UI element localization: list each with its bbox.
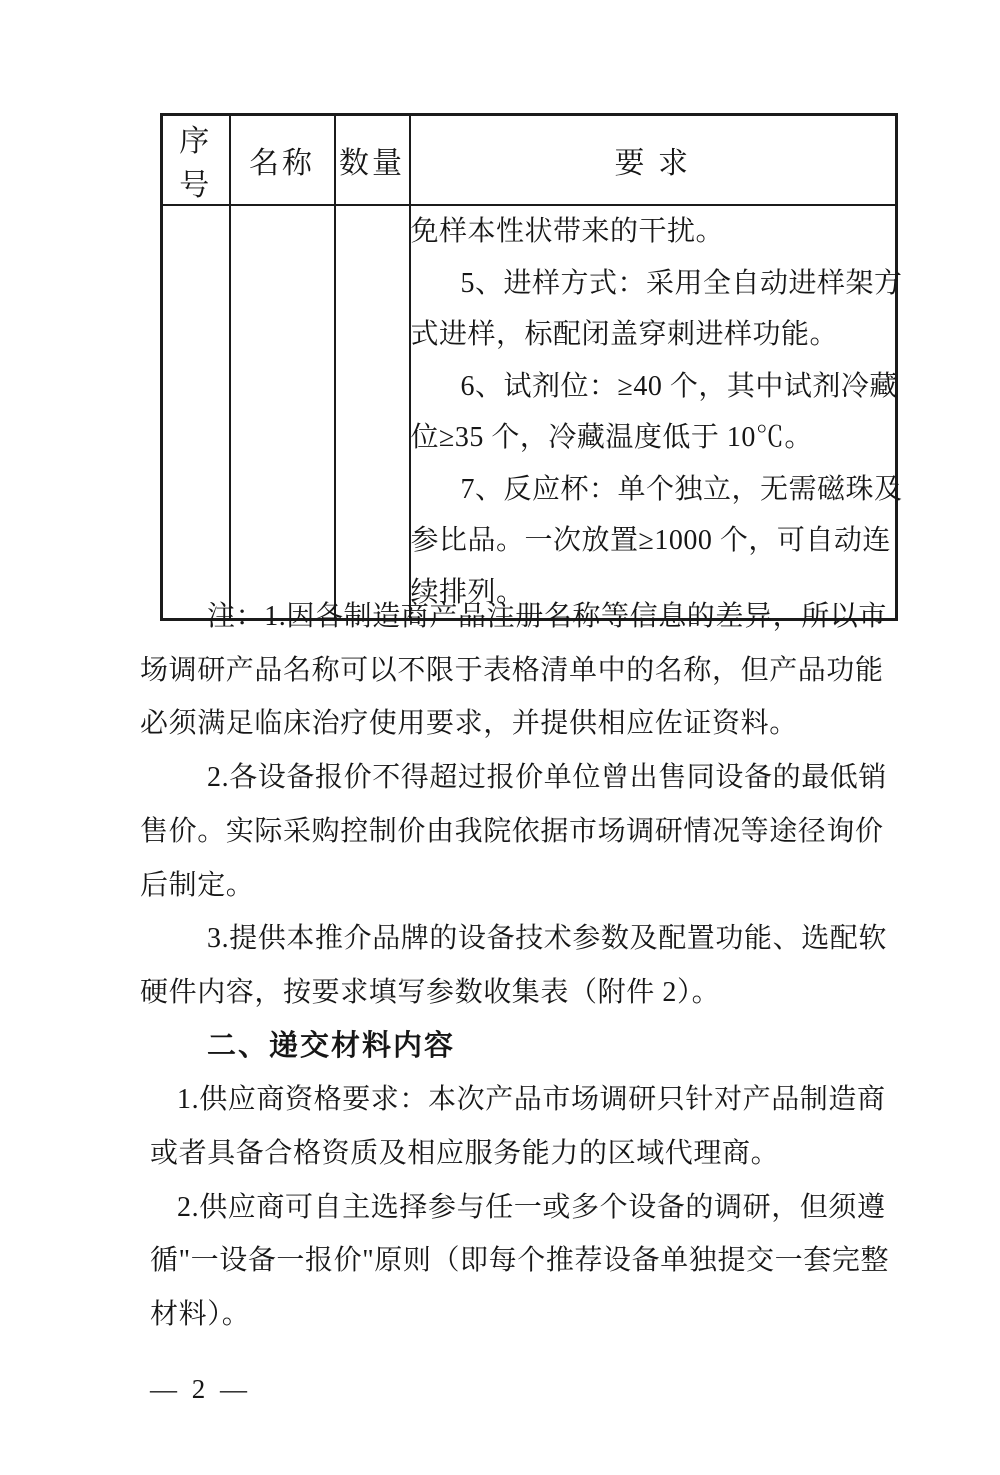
document-page: 序号 名称 数量 要 求 免样本性状带来的干扰。 5、进样方式：采用全自动进样架… xyxy=(0,0,1000,1475)
header-requirements: 要 求 xyxy=(410,115,897,206)
table-body-row: 免样本性状带来的干扰。 5、进样方式：采用全自动进样架方 式进样，标配闭盖穿刺进… xyxy=(162,205,897,620)
requirement-line: 位≥35 个，冷藏温度低于 10℃。 xyxy=(411,412,896,464)
header-quantity: 数量 xyxy=(335,115,410,206)
cell-requirements: 免样本性状带来的干扰。 5、进样方式：采用全自动进样架方 式进样，标配闭盖穿刺进… xyxy=(410,205,897,620)
header-name: 名称 xyxy=(230,115,335,206)
cell-serial-number xyxy=(162,205,230,620)
spec-table: 序号 名称 数量 要 求 免样本性状带来的干扰。 5、进样方式：采用全自动进样架… xyxy=(160,113,898,621)
paragraph-line: 或者具备合格资质及相应服务能力的区域代理商。 xyxy=(0,1127,1000,1181)
requirement-line: 式进样，标配闭盖穿刺进样功能。 xyxy=(411,309,896,361)
requirement-line: 5、进样方式：采用全自动进样架方 xyxy=(411,258,896,310)
section-heading: 二、递交材料内容 xyxy=(0,1020,1000,1074)
requirement-line: 免样本性状带来的干扰。 xyxy=(411,206,896,258)
paragraph-line: 2.供应商可自主选择参与任一或多个设备的调研，但须遵 xyxy=(0,1181,1000,1235)
paragraph-line: 1.供应商资格要求：本次产品市场调研只针对产品制造商 xyxy=(0,1073,1000,1127)
body-text: 注：1.因各制造商产品注册名称等信息的差异，所以市 场调研产品名称可以不限于表格… xyxy=(0,590,1000,1342)
header-serial-number: 序号 xyxy=(162,115,230,206)
note-line: 硬件内容，按要求填写参数收集表（附件 2）。 xyxy=(0,966,1000,1020)
paragraph-line: 材料）。 xyxy=(0,1288,1000,1342)
table-header-row: 序号 名称 数量 要 求 xyxy=(162,115,897,206)
requirement-line: 参比品。一次放置≥1000 个，可自动连 xyxy=(411,515,896,567)
note-line: 场调研产品名称可以不限于表格清单中的名称，但产品功能 xyxy=(0,644,1000,698)
page-number: — 2 — xyxy=(150,1374,251,1405)
note-line: 注：1.因各制造商产品注册名称等信息的差异，所以市 xyxy=(0,590,1000,644)
paragraph-line: 循"一设备一报价"原则（即每个推荐设备单独提交一套完整 xyxy=(0,1234,1000,1288)
cell-quantity xyxy=(335,205,410,620)
note-line: 售价。实际采购控制价由我院依据市场调研情况等途径询价 xyxy=(0,805,1000,859)
requirement-line: 7、反应杯：单个独立，无需磁珠及 xyxy=(411,464,896,516)
cell-name xyxy=(230,205,335,620)
note-line: 2.各设备报价不得超过报价单位曾出售同设备的最低销 xyxy=(0,751,1000,805)
note-line: 后制定。 xyxy=(0,859,1000,913)
note-line: 必须满足临床治疗使用要求，并提供相应佐证资料。 xyxy=(0,697,1000,751)
note-line: 3.提供本推介品牌的设备技术参数及配置功能、选配软 xyxy=(0,912,1000,966)
requirement-line: 6、试剂位：≥40 个，其中试剂冷藏 xyxy=(411,361,896,413)
